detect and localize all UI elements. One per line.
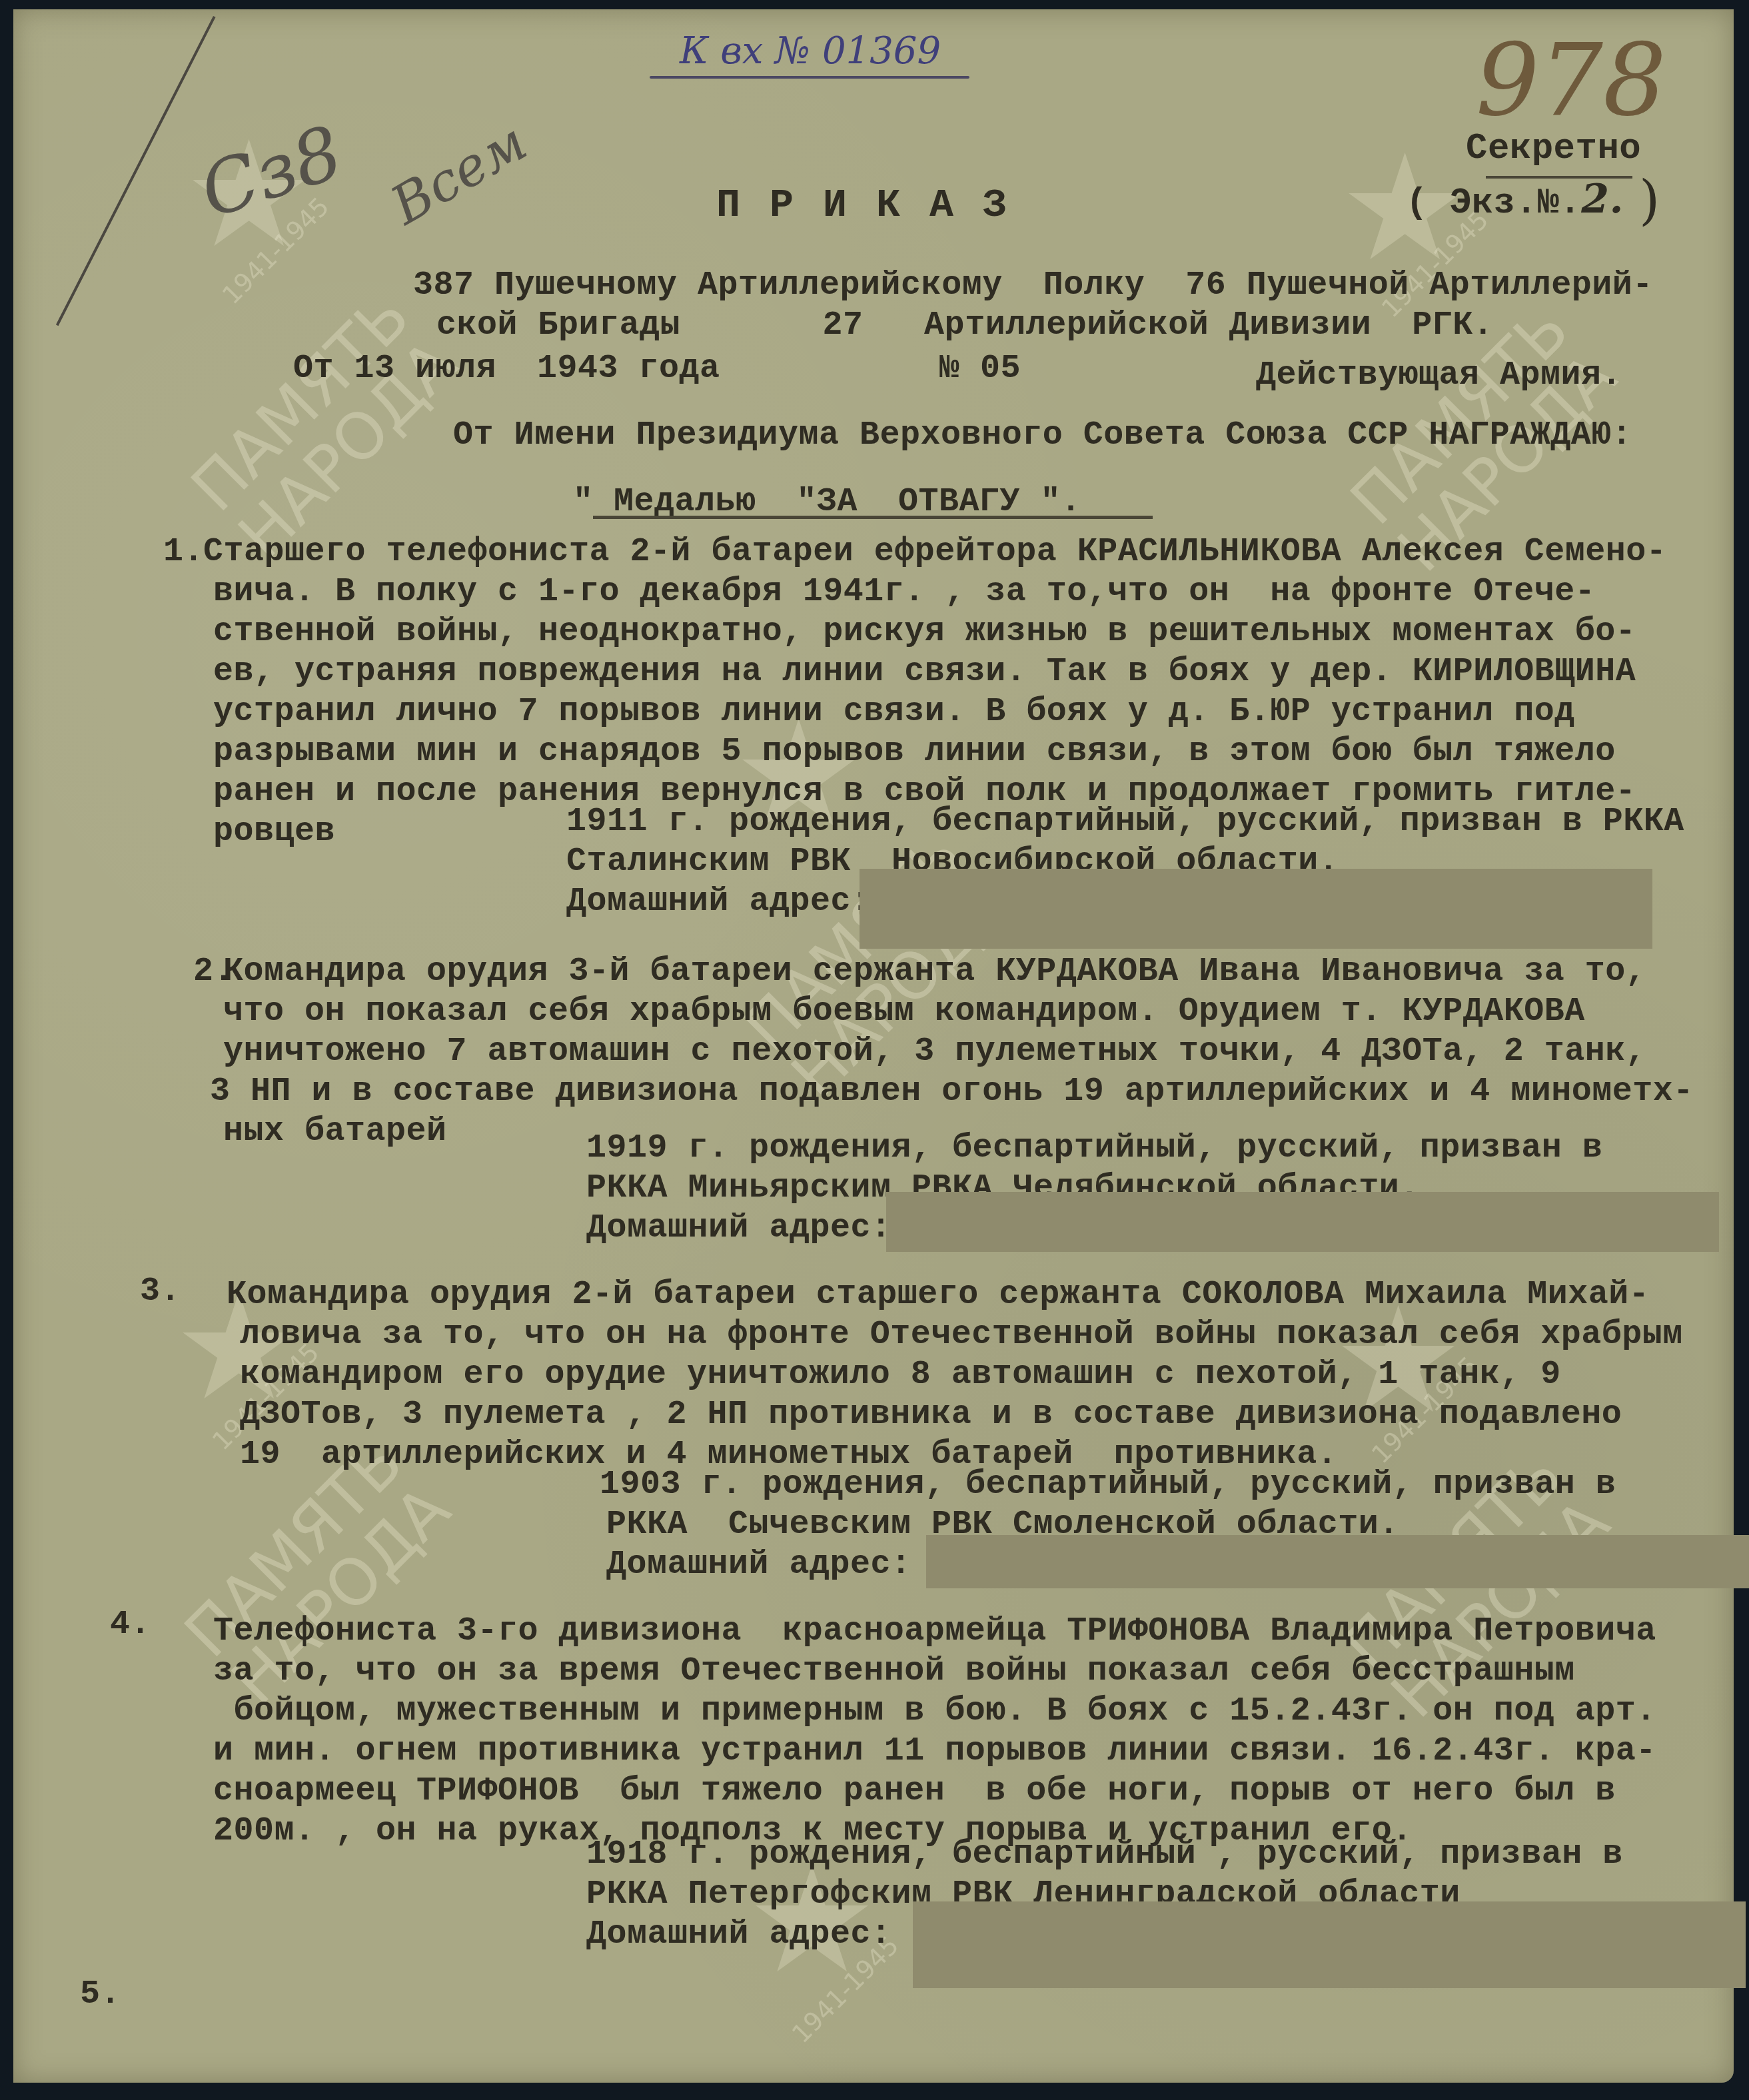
archive-reference-handwritten: К вх № 01369	[680, 29, 941, 73]
page-title: ПРИКАЗ	[716, 186, 1036, 226]
resolution-handwritten: Всем	[380, 111, 537, 237]
redacted-address	[886, 1192, 1719, 1252]
award-underline	[593, 516, 1153, 519]
signature-handwritten: Сз8	[190, 109, 352, 235]
copy-number-label: ( Экз.№.2.	[1406, 179, 1624, 224]
entry-2-citation: Командира орудия 3-й батареи сержанта КУ…	[223, 952, 1707, 1152]
entry-4-citation: Телефониста 3-го дивизиона красноармейца…	[213, 1612, 1656, 1851]
entry-number: 1.	[163, 532, 204, 572]
redacted-address	[860, 869, 1652, 949]
copy-number-close-paren: )	[1639, 169, 1660, 231]
redacted-address	[913, 1901, 1746, 1988]
order-location: Действующая Армия.	[1256, 356, 1622, 396]
archive-reference-underline	[650, 76, 969, 79]
pencil-strike-line	[56, 16, 216, 326]
secrecy-stamp: Секретно	[1466, 129, 1641, 169]
watermark-text: ПАМЯТЬ НАРОДА	[180, 282, 468, 570]
order-number: № 05	[939, 349, 1021, 389]
document-page: ★ 1941-1945 ПАМЯТЬ НАРОДА ★ 1941-1945 ПА…	[13, 9, 1734, 2083]
order-date: От 13 июля 1943 года	[293, 349, 720, 389]
entry-number: 3.	[140, 1272, 181, 1312]
entry-number: 4.	[110, 1605, 151, 1645]
entry-3-citation: Командира орудия 2-й батареи старшего се…	[227, 1275, 1670, 1475]
preamble: От Имени Президиума Верховного Совета Со…	[453, 416, 1632, 456]
unit-line-1: 387 Пушечному Артиллерийскому Полку 76 П…	[413, 266, 1653, 306]
unit-line-2: ской Бригады 27 Артиллерийской Дивизии Р…	[436, 306, 1493, 346]
entry-number: 5.	[80, 1975, 121, 2015]
redacted-address	[926, 1535, 1749, 1588]
page-number-handwritten: 978	[1476, 23, 1666, 139]
